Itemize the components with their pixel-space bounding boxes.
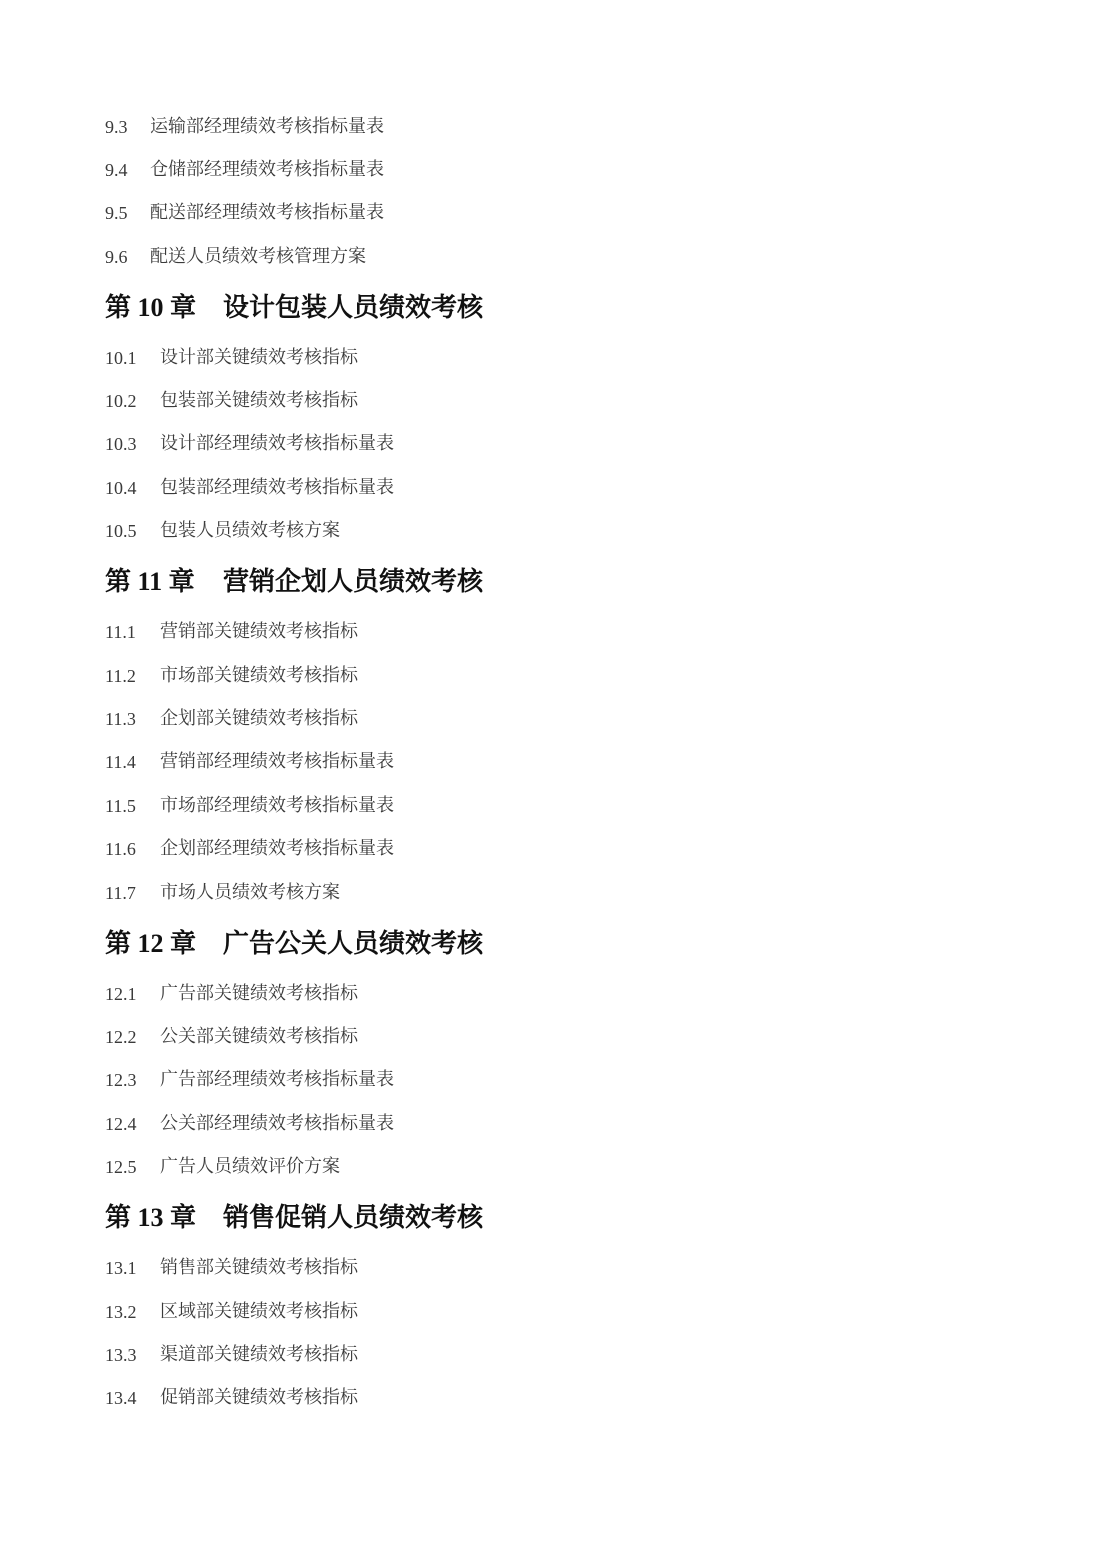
section-number: 9.3: [105, 114, 128, 140]
toc-entry[interactable]: 11.5市场部经理绩效考核指标量表: [105, 793, 136, 819]
toc-entry[interactable]: 13.1销售部关键绩效考核指标: [105, 1255, 137, 1281]
chapter-number: 第 12 章: [105, 929, 196, 958]
chapter-number: 第 13 章: [105, 1203, 196, 1232]
section-title: 广告部经理绩效考核指标量表: [160, 1067, 394, 1093]
section-number: 10.3: [105, 431, 137, 457]
section-title: 包装部经理绩效考核指标量表: [160, 475, 394, 501]
toc-entry[interactable]: 12.5广告人员绩效评价方案: [105, 1154, 137, 1180]
toc-entry[interactable]: 12.2公关部关键绩效考核指标: [105, 1024, 137, 1050]
section-title: 营销部经理绩效考核指标量表: [160, 749, 394, 775]
toc-entry[interactable]: 12.3广告部经理绩效考核指标量表: [105, 1067, 137, 1093]
section-number: 11.2: [105, 663, 136, 689]
toc-entry[interactable]: 9.3运输部经理绩效考核指标量表: [105, 114, 128, 140]
section-title: 销售部关键绩效考核指标: [160, 1255, 358, 1281]
section-number: 13.4: [105, 1385, 137, 1411]
section-number: 11.5: [105, 793, 136, 819]
toc-entry[interactable]: 12.4公关部经理绩效考核指标量表: [105, 1111, 137, 1137]
section-number: 11.4: [105, 749, 136, 775]
section-number: 13.3: [105, 1342, 137, 1368]
toc-entry[interactable]: 13.3渠道部关键绩效考核指标: [105, 1342, 137, 1368]
chapter-heading[interactable]: 第 13 章销售促销人员绩效考核: [105, 1201, 196, 1235]
section-title: 配送部经理绩效考核指标量表: [150, 200, 384, 226]
section-number: 10.2: [105, 388, 137, 414]
section-title: 市场部经理绩效考核指标量表: [160, 793, 394, 819]
chapter-heading[interactable]: 第 10 章设计包装人员绩效考核: [105, 291, 196, 325]
section-number: 12.2: [105, 1024, 137, 1050]
toc-entry[interactable]: 9.5配送部经理绩效考核指标量表: [105, 200, 128, 226]
section-number: 13.1: [105, 1255, 137, 1281]
section-title: 设计部经理绩效考核指标量表: [160, 431, 394, 457]
toc-entry[interactable]: 11.6企划部经理绩效考核指标量表: [105, 836, 136, 862]
section-number: 11.1: [105, 619, 136, 645]
chapter-title: 设计包装人员绩效考核: [223, 291, 483, 325]
section-title: 促销部关键绩效考核指标: [160, 1385, 358, 1411]
section-title: 运输部经理绩效考核指标量表: [150, 114, 384, 140]
section-title: 市场人员绩效考核方案: [160, 880, 340, 906]
chapter-title: 营销企划人员绩效考核: [223, 565, 483, 599]
section-title: 市场部关键绩效考核指标: [160, 663, 358, 689]
section-number: 12.3: [105, 1067, 137, 1093]
toc-entry[interactable]: 10.4包装部经理绩效考核指标量表: [105, 475, 137, 501]
chapter-number: 第 10 章: [105, 293, 196, 322]
toc-entry[interactable]: 10.3设计部经理绩效考核指标量表: [105, 431, 137, 457]
section-title: 营销部关键绩效考核指标: [160, 619, 358, 645]
section-number: 11.7: [105, 880, 136, 906]
section-number: 10.1: [105, 345, 137, 371]
section-title: 广告人员绩效评价方案: [160, 1154, 340, 1180]
section-title: 企划部关键绩效考核指标: [160, 706, 358, 732]
toc-entry[interactable]: 11.7市场人员绩效考核方案: [105, 880, 136, 906]
chapter-heading[interactable]: 第 11 章营销企划人员绩效考核: [105, 565, 195, 599]
section-number: 11.6: [105, 836, 136, 862]
section-title: 企划部经理绩效考核指标量表: [160, 836, 394, 862]
section-title: 渠道部关键绩效考核指标: [160, 1342, 358, 1368]
toc-entry[interactable]: 9.6配送人员绩效考核管理方案: [105, 244, 128, 270]
section-title: 公关部经理绩效考核指标量表: [160, 1111, 394, 1137]
toc-entry[interactable]: 10.1设计部关键绩效考核指标: [105, 345, 137, 371]
section-title: 包装部关键绩效考核指标: [160, 388, 358, 414]
toc-entry[interactable]: 11.1营销部关键绩效考核指标: [105, 619, 136, 645]
section-title: 包装人员绩效考核方案: [160, 518, 340, 544]
section-title: 配送人员绩效考核管理方案: [150, 244, 366, 270]
toc-entry[interactable]: 9.4仓储部经理绩效考核指标量表: [105, 157, 128, 183]
section-number: 9.4: [105, 157, 128, 183]
section-number: 13.2: [105, 1299, 137, 1325]
section-number: 9.5: [105, 200, 128, 226]
section-title: 区域部关键绩效考核指标: [160, 1299, 358, 1325]
toc-entry[interactable]: 12.1广告部关键绩效考核指标: [105, 981, 137, 1007]
toc-entry[interactable]: 11.3企划部关键绩效考核指标: [105, 706, 136, 732]
section-number: 12.4: [105, 1111, 137, 1137]
toc-entry[interactable]: 11.4营销部经理绩效考核指标量表: [105, 749, 136, 775]
section-number: 12.5: [105, 1154, 137, 1180]
toc-entry[interactable]: 10.5包装人员绩效考核方案: [105, 518, 137, 544]
section-number: 10.4: [105, 475, 137, 501]
section-title: 仓储部经理绩效考核指标量表: [150, 157, 384, 183]
section-number: 9.6: [105, 244, 128, 270]
chapter-title: 广告公关人员绩效考核: [223, 927, 483, 961]
section-number: 10.5: [105, 518, 137, 544]
chapter-title: 销售促销人员绩效考核: [223, 1201, 483, 1235]
chapter-number: 第 11 章: [105, 567, 195, 596]
section-title: 广告部关键绩效考核指标: [160, 981, 358, 1007]
section-number: 12.1: [105, 981, 137, 1007]
toc-entry[interactable]: 11.2市场部关键绩效考核指标: [105, 663, 136, 689]
chapter-heading[interactable]: 第 12 章广告公关人员绩效考核: [105, 927, 196, 961]
section-title: 公关部关键绩效考核指标: [160, 1024, 358, 1050]
section-title: 设计部关键绩效考核指标: [160, 345, 358, 371]
toc-entry[interactable]: 13.4促销部关键绩效考核指标: [105, 1385, 137, 1411]
toc-entry[interactable]: 10.2包装部关键绩效考核指标: [105, 388, 137, 414]
section-number: 11.3: [105, 706, 136, 732]
toc-entry[interactable]: 13.2区域部关键绩效考核指标: [105, 1299, 137, 1325]
